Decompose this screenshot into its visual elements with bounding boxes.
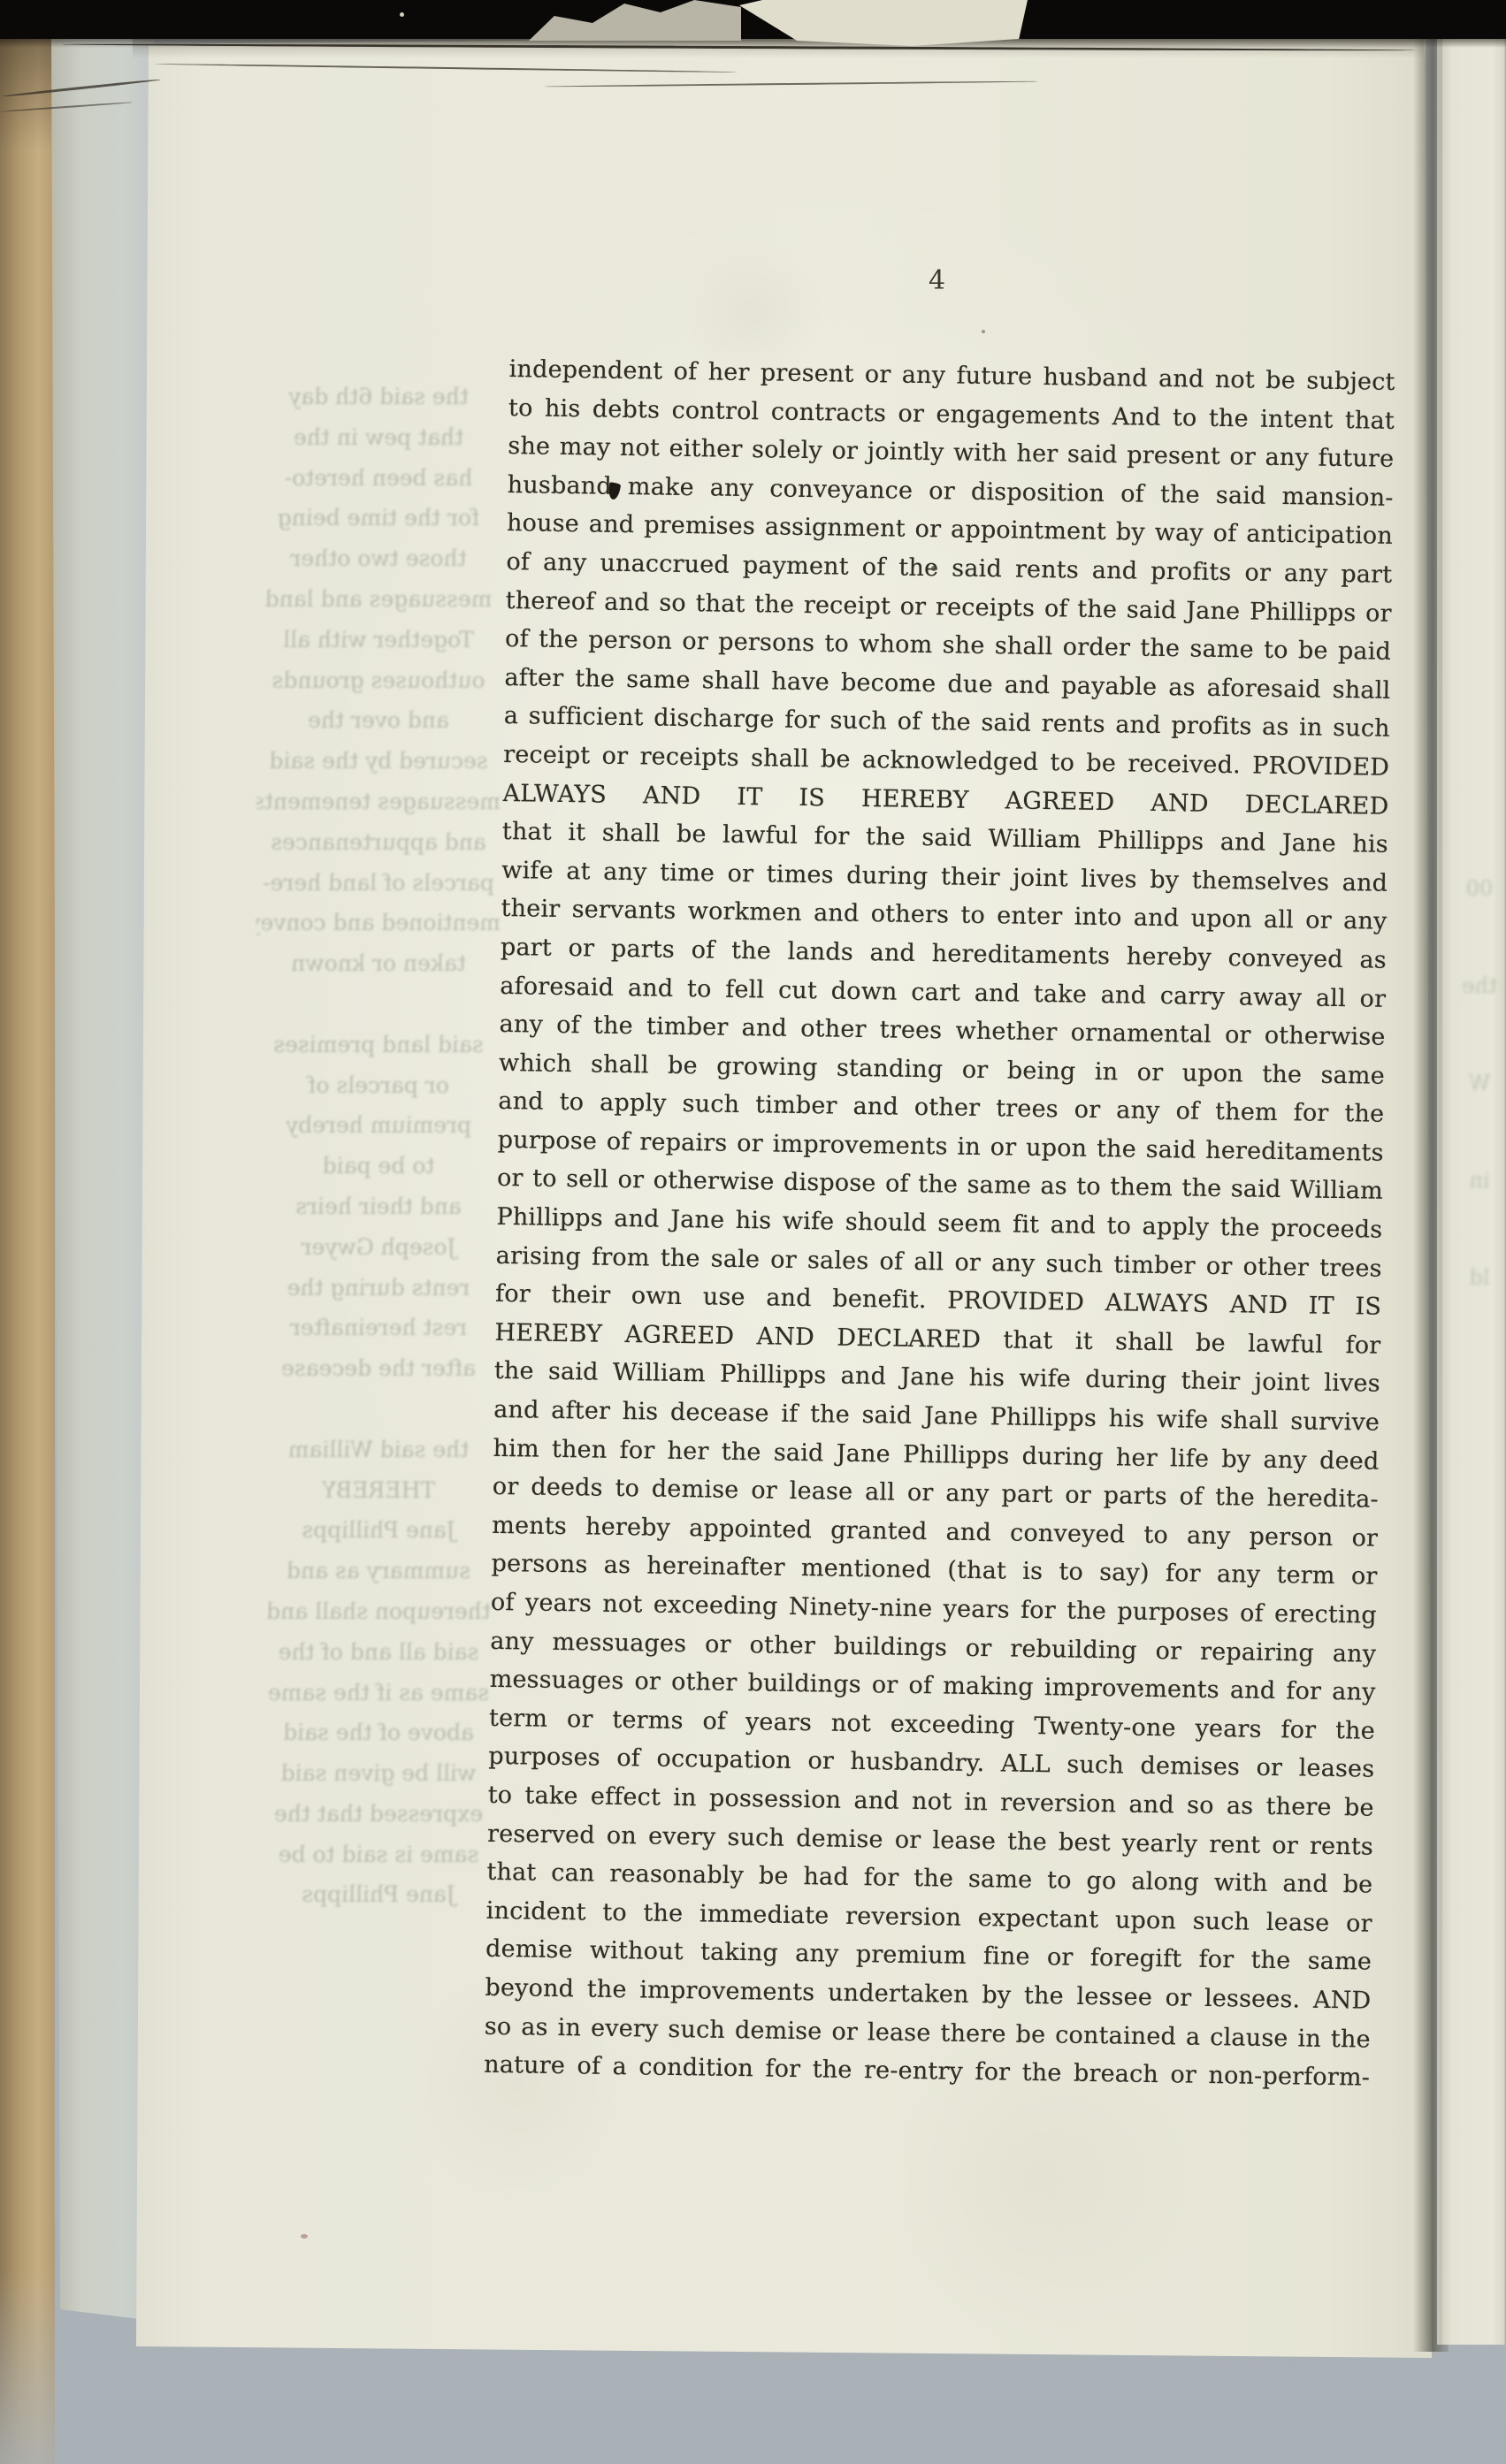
- document-text-block: independent of her present or any future…: [484, 350, 1395, 2097]
- bleedthrough-line: Jane Phillipps: [256, 1874, 501, 1915]
- bleedthrough-line: the: [1457, 937, 1502, 1034]
- bleedthrough-line: W: [1457, 1034, 1502, 1132]
- bleedthrough-line: parcels of land here-: [256, 863, 501, 904]
- bleedthrough-line: rents during the: [256, 1268, 501, 1308]
- bleedthrough-line: above of the said: [256, 1713, 501, 1753]
- bleedthrough-line: 00: [1457, 840, 1502, 937]
- bleedthrough-line: [256, 1389, 501, 1430]
- bleedthrough-line: same as if the same: [256, 1673, 501, 1713]
- bleedthrough-line: outhouses grounds: [256, 660, 501, 701]
- bleedthrough-text-left: the said 6th daythat pew in thehas been …: [256, 377, 501, 1915]
- bleedthrough-line: to be paid: [256, 1146, 501, 1186]
- bleedthrough-line: in: [1457, 1132, 1502, 1229]
- bleedthrough-line: mentioned and conveyed: [256, 903, 501, 943]
- bleedthrough-line: said all and of the: [256, 1632, 501, 1673]
- dust-speck: [400, 12, 404, 17]
- bleedthrough-line: the said William: [256, 1430, 501, 1470]
- stain-mark: [301, 2234, 308, 2239]
- bleedthrough-text-right: 00theWinld: [1457, 840, 1502, 1326]
- bleedthrough-line: taken or known: [256, 943, 501, 984]
- bleedthrough-line: thereupon shall and: [256, 1591, 501, 1632]
- bleedthrough-line: Joseph Gwyer: [256, 1227, 501, 1268]
- bleedthrough-line: after the decease: [256, 1348, 501, 1389]
- bleedthrough-line: [256, 984, 501, 1025]
- dust-speck: [867, 2064, 870, 2068]
- bleedthrough-line: or parcels of: [256, 1065, 501, 1106]
- bleedthrough-line: the said 6th day: [256, 377, 501, 417]
- bleedthrough-line: expressed that the: [256, 1794, 501, 1835]
- bleedthrough-line: will be given said: [256, 1753, 501, 1794]
- bleedthrough-line: premium hereby: [256, 1105, 501, 1146]
- bleedthrough-line: those two other: [256, 538, 501, 579]
- bleedthrough-line: for the time being: [256, 498, 501, 538]
- bleedthrough-line: said land premises: [256, 1025, 501, 1065]
- bleedthrough-line: messuages and land: [256, 579, 501, 620]
- bleedthrough-line: and their heirs: [256, 1186, 501, 1227]
- bleedthrough-line: that pew in the: [256, 417, 501, 458]
- bleedthrough-line: and over the: [256, 700, 501, 741]
- book-scan-photo: the said 6th daythat pew in thehas been …: [0, 0, 1506, 2464]
- dust-speck: [931, 566, 936, 571]
- bleedthrough-line: messuages tenements: [256, 782, 501, 822]
- bleedthrough-line: ld: [1457, 1229, 1502, 1326]
- bleedthrough-line: has been hereto-: [256, 458, 501, 499]
- page-number: 4: [902, 265, 973, 296]
- bleedthrough-line: and appurtenances: [256, 822, 501, 863]
- bleedthrough-line: Jane Phillipps: [256, 1510, 501, 1551]
- bleedthrough-line: secured by the said: [256, 741, 501, 782]
- bleedthrough-line: Together with all: [256, 620, 501, 660]
- dust-speck: [982, 330, 985, 333]
- book-spine-edge: [0, 27, 55, 2464]
- bleedthrough-line: THEREBY: [256, 1470, 501, 1511]
- bleedthrough-line: rest hereinafter: [256, 1308, 501, 1348]
- bleedthrough-line: summary as and: [256, 1551, 501, 1591]
- bleedthrough-line: same is said to be: [256, 1835, 501, 1875]
